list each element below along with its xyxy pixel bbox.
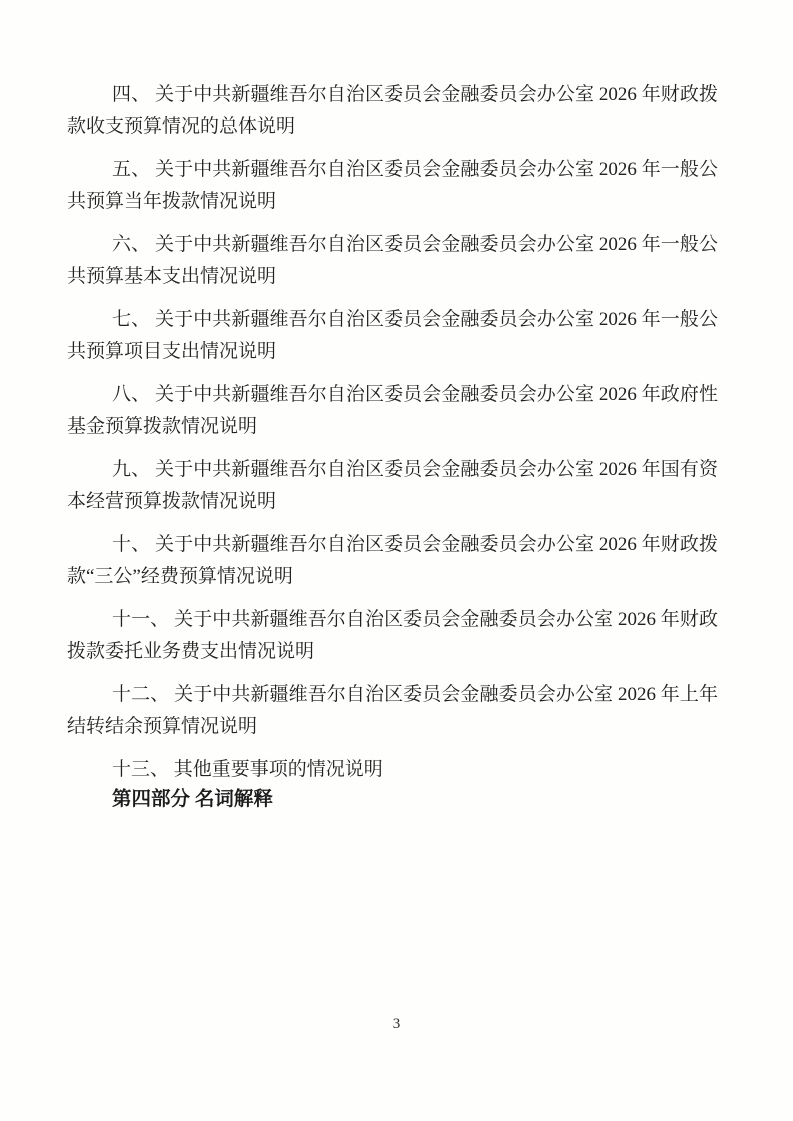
toc-item-line: 本经营预算拨款情况说明 <box>67 486 718 518</box>
toc-item-line: 五、 关于中共新疆维吾尔自治区委员会金融委员会办公室 2026 年一般公 <box>67 154 718 186</box>
toc-item-line: 拨款委托业务费支出情况说明 <box>67 636 718 668</box>
toc-item-line: 九、 关于中共新疆维吾尔自治区委员会金融委员会办公室 2026 年国有资 <box>67 454 718 486</box>
toc-item: 十、 关于中共新疆维吾尔自治区委员会金融委员会办公室 2026 年财政拨 款“三… <box>67 529 718 592</box>
toc-item-line: 六、 关于中共新疆维吾尔自治区委员会金融委员会办公室 2026 年一般公 <box>67 229 718 261</box>
toc-item-line: 共预算当年拨款情况说明 <box>67 186 718 218</box>
toc-list: 四、 关于中共新疆维吾尔自治区委员会金融委员会办公室 2026 年财政拨 款收支… <box>67 79 718 815</box>
toc-item: 九、 关于中共新疆维吾尔自治区委员会金融委员会办公室 2026 年国有资 本经营… <box>67 454 718 517</box>
toc-item: 十三、 其他重要事项的情况说明 <box>67 754 718 786</box>
toc-item-line: 款收支预算情况的总体说明 <box>67 111 718 143</box>
document-page: 四、 关于中共新疆维吾尔自治区委员会金融委员会办公室 2026 年财政拨 款收支… <box>0 0 793 1121</box>
toc-item: 五、 关于中共新疆维吾尔自治区委员会金融委员会办公室 2026 年一般公 共预算… <box>67 154 718 217</box>
toc-item: 四、 关于中共新疆维吾尔自治区委员会金融委员会办公室 2026 年财政拨 款收支… <box>67 79 718 142</box>
toc-item-line: 十一、 关于中共新疆维吾尔自治区委员会金融委员会办公室 2026 年财政 <box>67 604 718 636</box>
toc-item-line: 七、 关于中共新疆维吾尔自治区委员会金融委员会办公室 2026 年一般公 <box>67 304 718 336</box>
toc-item: 八、 关于中共新疆维吾尔自治区委员会金融委员会办公室 2026 年政府性 基金预… <box>67 379 718 442</box>
toc-item-line: 四、 关于中共新疆维吾尔自治区委员会金融委员会办公室 2026 年财政拨 <box>67 79 718 111</box>
toc-item-line: 基金预算拨款情况说明 <box>67 411 718 443</box>
toc-item-line: 共预算基本支出情况说明 <box>67 261 718 293</box>
toc-item-line: 结转结余预算情况说明 <box>67 711 718 743</box>
toc-item-line: 十二、 关于中共新疆维吾尔自治区委员会金融委员会办公室 2026 年上年 <box>67 679 718 711</box>
toc-item-line: 八、 关于中共新疆维吾尔自治区委员会金融委员会办公室 2026 年政府性 <box>67 379 718 411</box>
toc-item: 七、 关于中共新疆维吾尔自治区委员会金融委员会办公室 2026 年一般公 共预算… <box>67 304 718 367</box>
toc-item: 十一、 关于中共新疆维吾尔自治区委员会金融委员会办公室 2026 年财政 拨款委… <box>67 604 718 667</box>
toc-item-line: 款“三公”经费预算情况说明 <box>67 561 718 593</box>
toc-item: 六、 关于中共新疆维吾尔自治区委员会金融委员会办公室 2026 年一般公 共预算… <box>67 229 718 292</box>
section-heading: 第四部分 名词解释 <box>67 784 718 816</box>
toc-item-line: 十三、 其他重要事项的情况说明 <box>67 754 718 786</box>
toc-item: 十二、 关于中共新疆维吾尔自治区委员会金融委员会办公室 2026 年上年 结转结… <box>67 679 718 742</box>
toc-item-line: 十、 关于中共新疆维吾尔自治区委员会金融委员会办公室 2026 年财政拨 <box>67 529 718 561</box>
toc-item-line: 共预算项目支出情况说明 <box>67 336 718 368</box>
page-number: 3 <box>0 1016 793 1033</box>
